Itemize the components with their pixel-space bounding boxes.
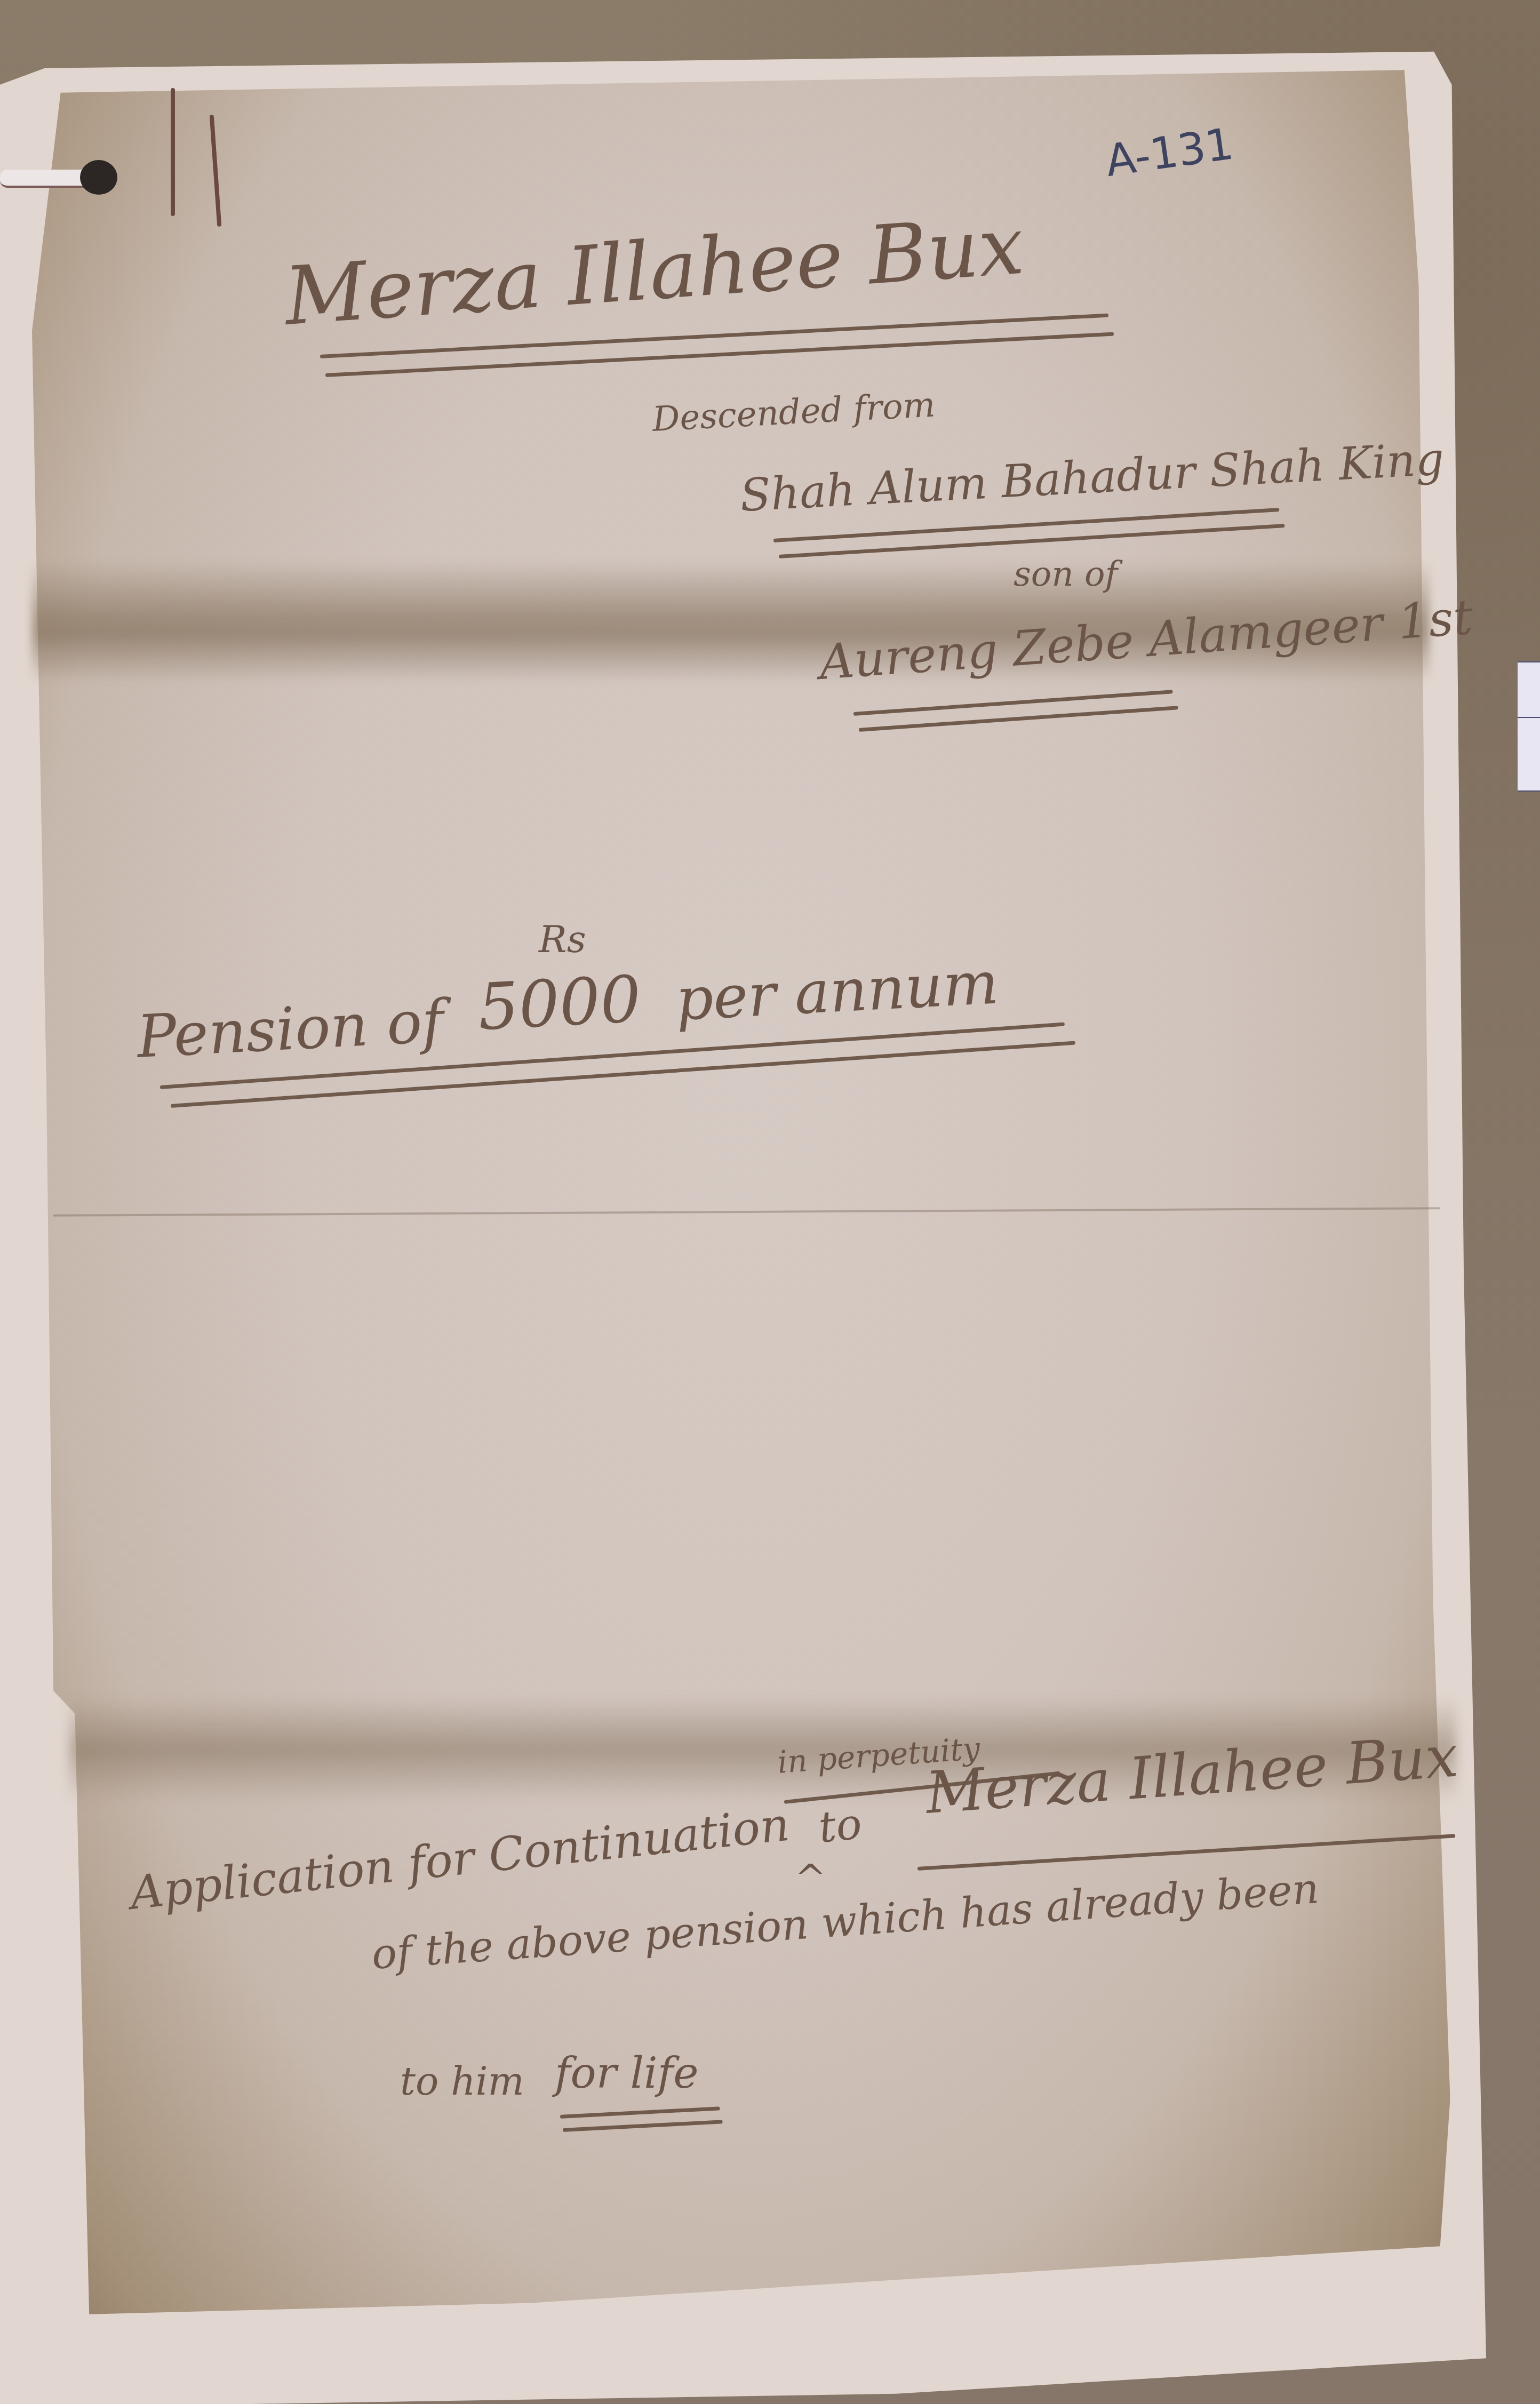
- application-for-life: for life: [555, 2048, 699, 2098]
- currency-mark: Rs: [539, 917, 586, 961]
- paper-tab: [1518, 661, 1540, 792]
- application-to: to: [816, 1799, 864, 1852]
- lineage-line-3: son of: [1014, 555, 1118, 594]
- pension-amount: 5000: [476, 962, 643, 1045]
- binding-hole-icon: [80, 160, 117, 195]
- caret-mark: ^: [795, 1856, 826, 1900]
- application-line-3: to him: [400, 2059, 524, 2104]
- margin-stroke: [171, 88, 175, 216]
